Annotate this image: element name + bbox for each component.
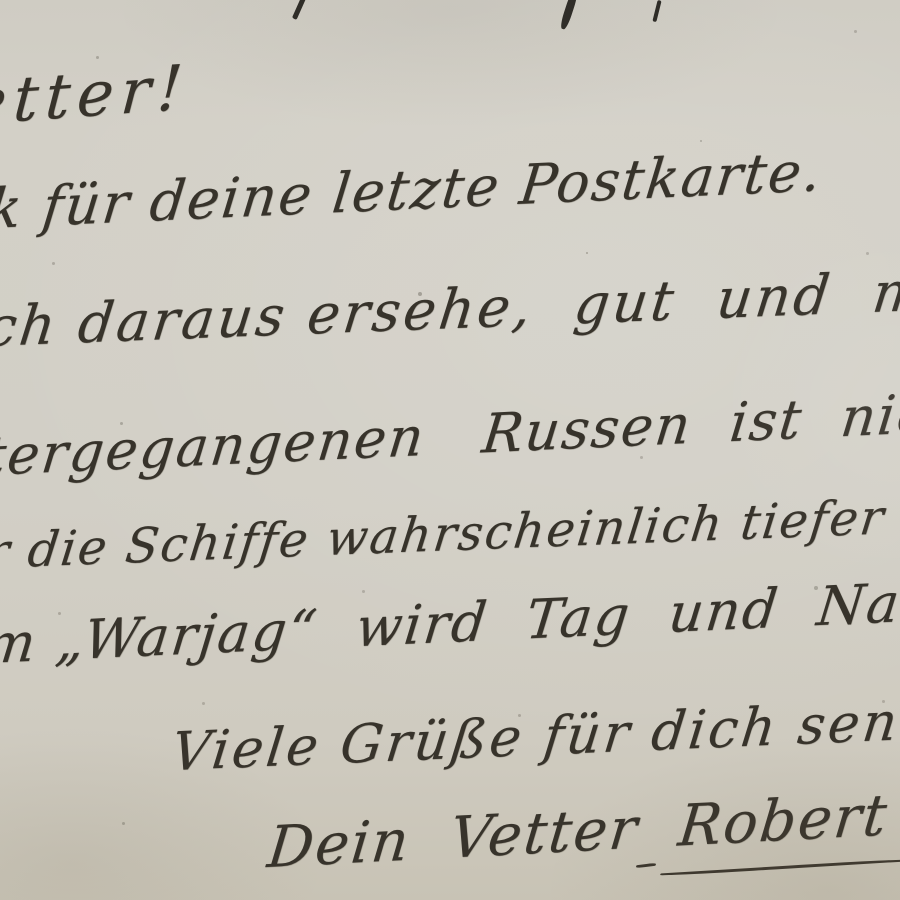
paper-speck: [866, 252, 869, 255]
paper-speck: [586, 252, 588, 254]
handwriting-line-salutation: etter!: [0, 56, 191, 134]
signature-line: Dein Vetter Robert: [265, 787, 891, 877]
paper-speck: [854, 30, 857, 33]
signature-flourish: [660, 859, 900, 877]
handwriting-line: tergegangenen Russen ist nicht: [0, 384, 900, 484]
letter-photograph: etter! k für deine letzte Postkarte. J c…: [0, 0, 900, 900]
paper-speck: [362, 590, 365, 593]
cut-off-stroke: [652, 0, 661, 22]
handwriting-line-closing: Viele Grüße für dich sen: [169, 695, 900, 779]
handwriting-line: k für deine letzte Postkarte. J: [0, 138, 900, 238]
handwriting-line-warjag: m „Warjag“ wird Tag und Nach: [0, 573, 900, 672]
paper-speck: [700, 140, 702, 142]
handwriting-line: r die Schiffe wahrscheinlich tiefer g: [0, 491, 900, 576]
paper-speck: [122, 822, 125, 825]
handwriting-line: ch daraus ersehe, gut und mir: [0, 262, 900, 355]
paper-speck: [202, 702, 205, 705]
cut-off-stroke: [292, 0, 307, 20]
paper-speck: [52, 262, 55, 265]
cut-off-stroke: [559, 0, 579, 30]
signature-flourish-tick: [636, 863, 656, 869]
